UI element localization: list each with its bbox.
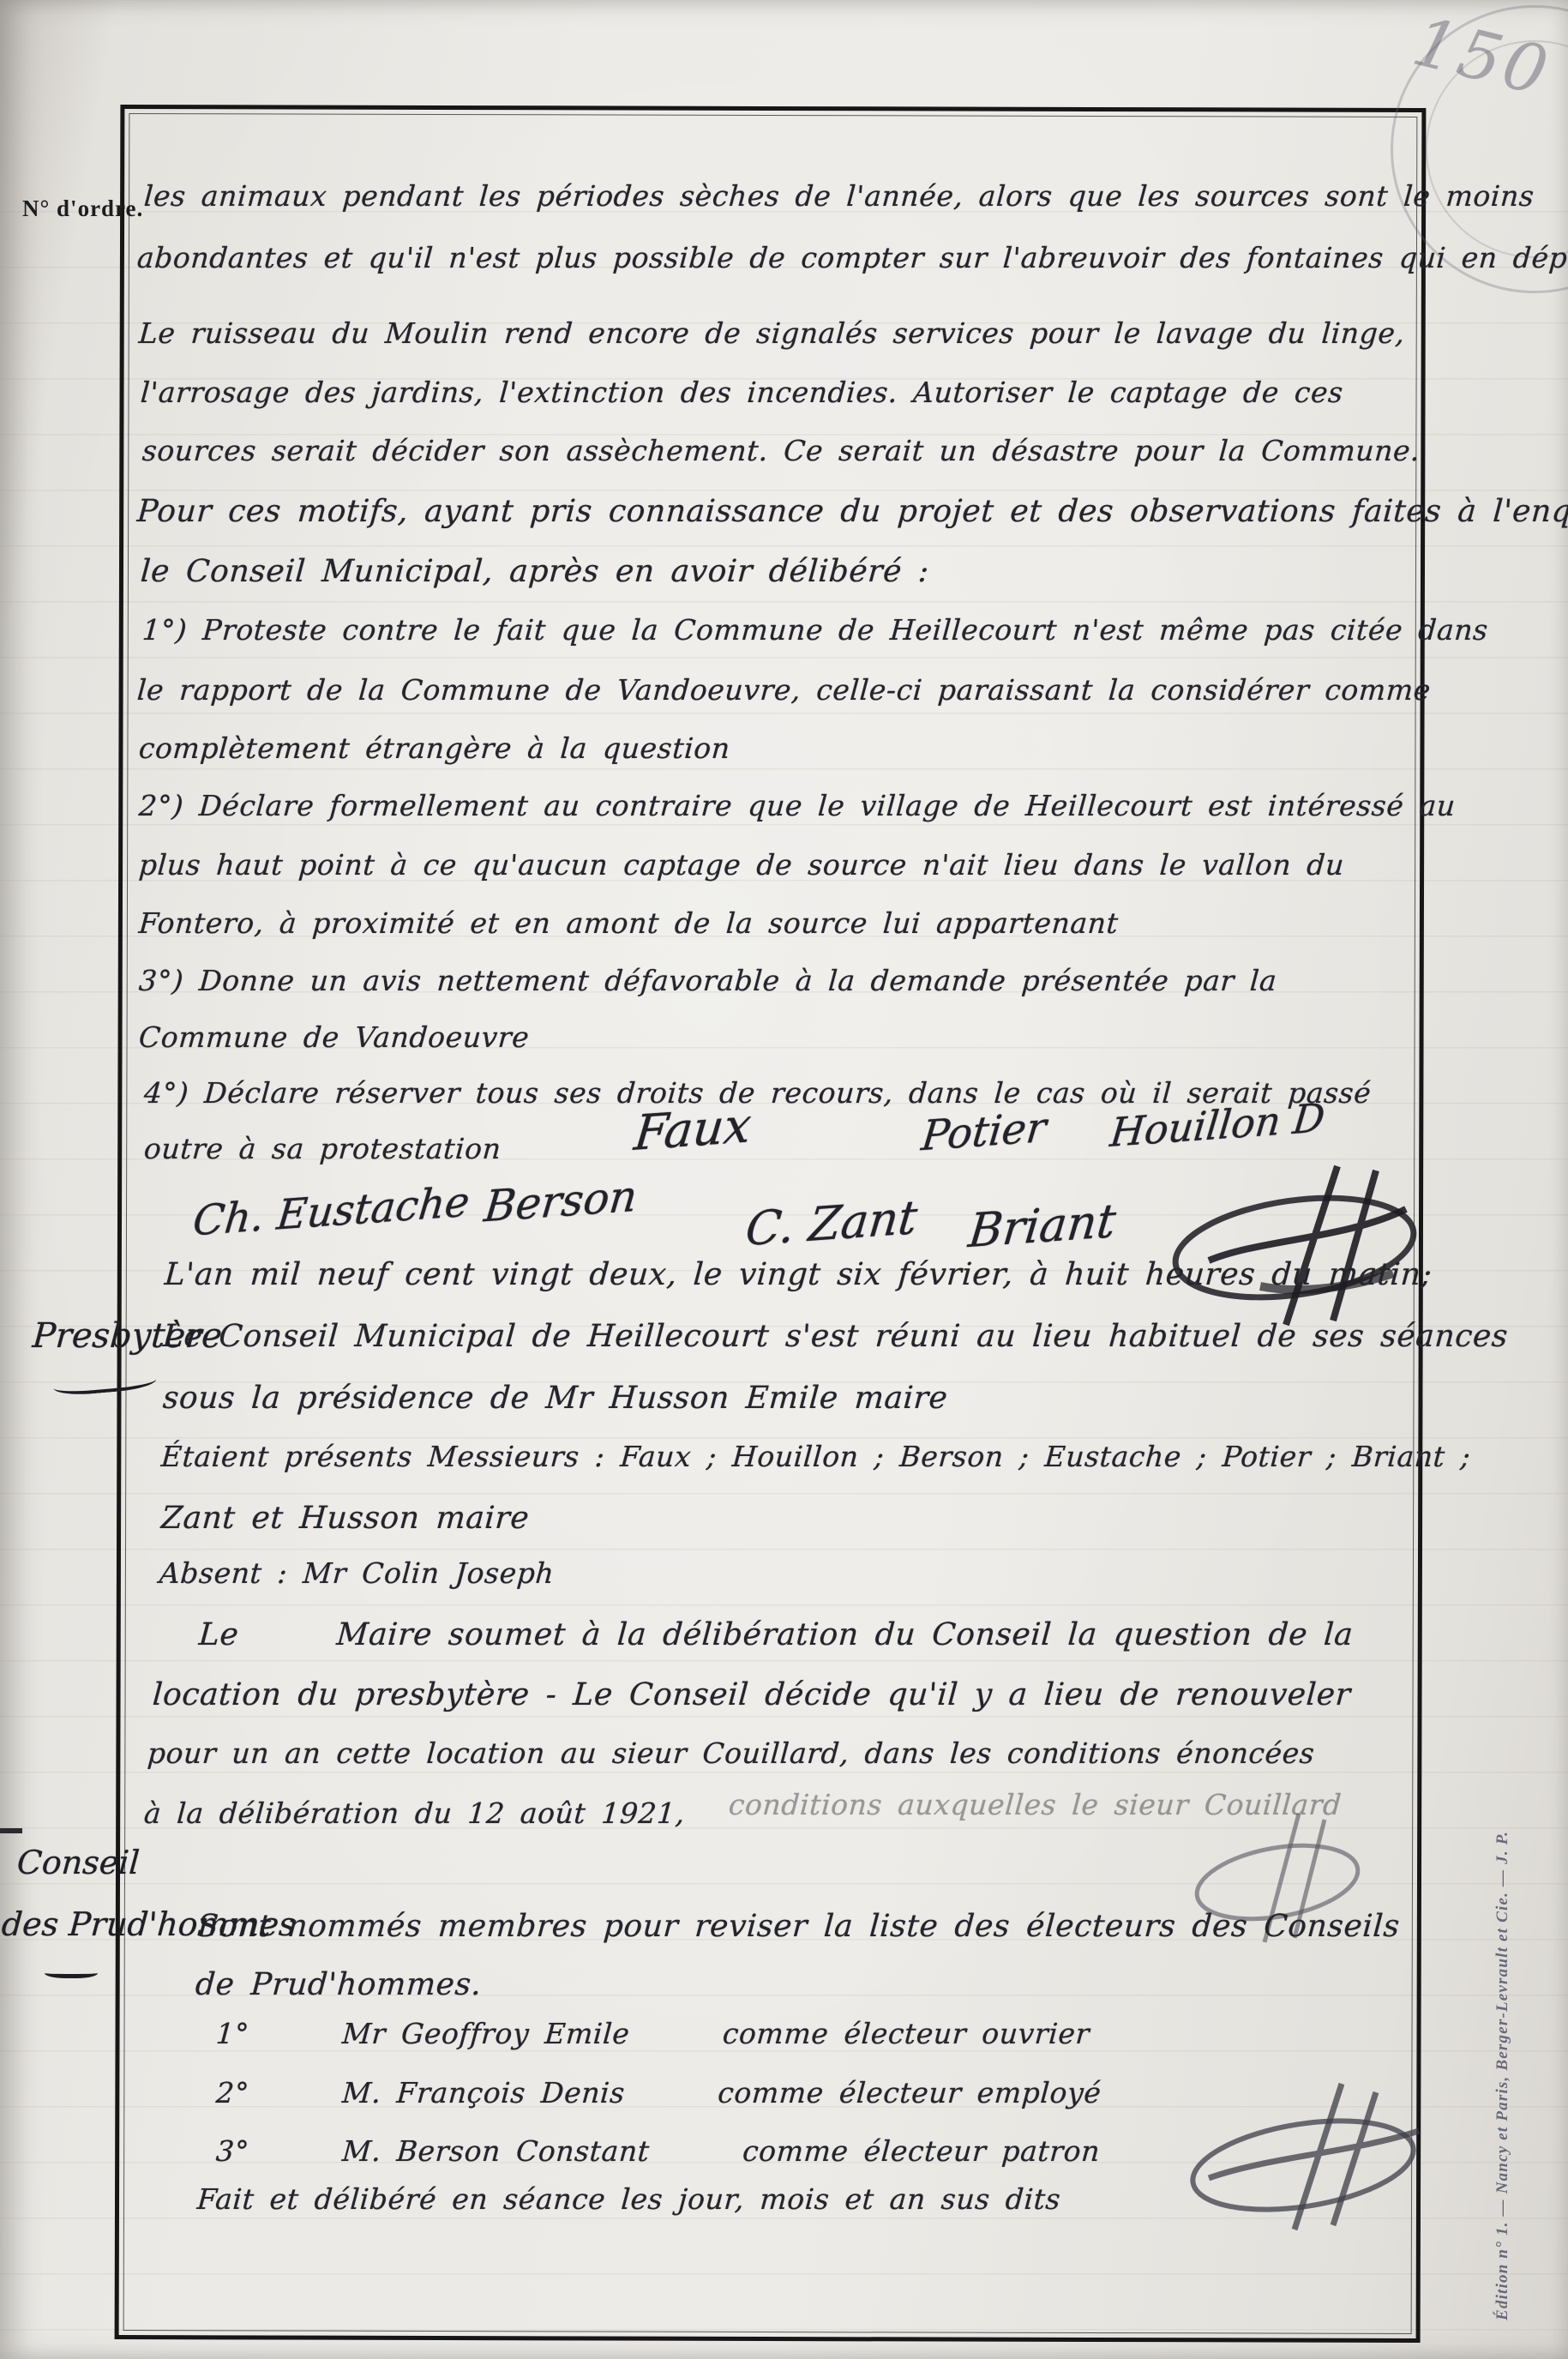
handwritten-line: sous la présidence de Mr Husson Emile ma… [162,1382,949,1415]
handwritten-line: 1° Mr Geoffroy Emile comme électeur ouvr… [215,2019,1090,2049]
margin-note-presbytere: Presbytère [31,1316,223,1356]
handwritten-line: l'arrosage des jardins, l'extinction des… [140,378,1344,408]
handwritten-line: 3°) Donne un avis nettement défavorable … [138,966,1278,996]
handwritten-line: à la délibération du 12 août 1921, [143,1799,686,1829]
handwritten-line: L'an mil neuf cent vingt deux, le vingt … [164,1259,1433,1291]
handwritten-line: abondantes et qu'il n'est plus possible … [136,244,1568,274]
handwritten-line: outre à sa protestation [143,1134,502,1164]
handwritten-line: le Conseil Municipal, après en avoir dél… [140,556,930,588]
handwritten-line: 2° M. François Denis comme électeur empl… [215,2079,1102,2109]
handwritten-line: Le ruisseau du Moulin rend encore de sig… [138,319,1406,349]
margin-note-conseil-2: des Prud'hommes [0,1905,297,1943]
handwritten-line: de Prud'hommes. [195,1969,483,2001]
handwritten-line: sources serait décider son assèchement. … [141,436,1421,466]
handwritten-line: Pour ces motifs, ayant pris connaissance… [136,496,1568,528]
handwritten-line: 3° M. Berson Constant comme électeur pat… [215,2137,1102,2167]
handwritten-line: Absent : Mr Colin Joseph [159,1559,556,1589]
order-number-label: N° d'ordre. [22,196,143,222]
handwritten-line: Zant et Husson maire [160,1502,531,1535]
handwritten-line: Le Maire soumet à la délibération du Con… [198,1619,1355,1652]
handwritten-line: le rapport de la Commune de Vandoeuvre, … [136,676,1432,706]
handwritten-line: Sont nommés membres pour reviser la list… [196,1911,1401,1943]
handwritten-line: Commune de Vandoeuvre [138,1023,531,1053]
signature-potier: Potier [919,1104,1048,1161]
handwritten-line: Étaient présents Messieurs : Faux ; Houi… [160,1442,1472,1472]
handwritten-line: Le Conseil Municipal de Heillecourt s'es… [162,1321,1510,1353]
register-page: N° d'ordre. 150 les animaux pendant les … [0,0,1568,2359]
handwritten-line-faded: conditions auxquelles le sieur Couillard [728,1790,1343,1820]
handwritten-line: Fait et délibéré en séance les jour, moi… [196,2185,1062,2215]
edge-dash-mark [0,1828,22,1833]
signature-faux: Faux [632,1098,754,1162]
handwritten-line: 1°) Proteste contre le fait que la Commu… [141,616,1489,646]
margin-underline [45,1965,98,1978]
handwritten-line: les animaux pendant les périodes sèches … [143,182,1535,212]
handwritten-line: complètement étrangère à la question [138,734,731,764]
handwritten-line: Fontero, à proximité et en amont de la s… [138,909,1120,939]
handwritten-line: pour un an cette location au sieur Couil… [147,1739,1316,1769]
printer-imprint: Édition n° 1. — Nancy et Paris, Berger-L… [1493,1652,1517,2320]
handwritten-line: 2°) Déclare formellement au contraire qu… [138,791,1457,821]
handwritten-line: plus haut point à ce qu'aucun captage de… [138,851,1345,881]
handwritten-line: location du presbytère - Le Conseil déci… [152,1679,1352,1712]
signature-briant: Briant [966,1194,1119,1259]
margin-note-conseil-1: Conseil [15,1844,141,1881]
